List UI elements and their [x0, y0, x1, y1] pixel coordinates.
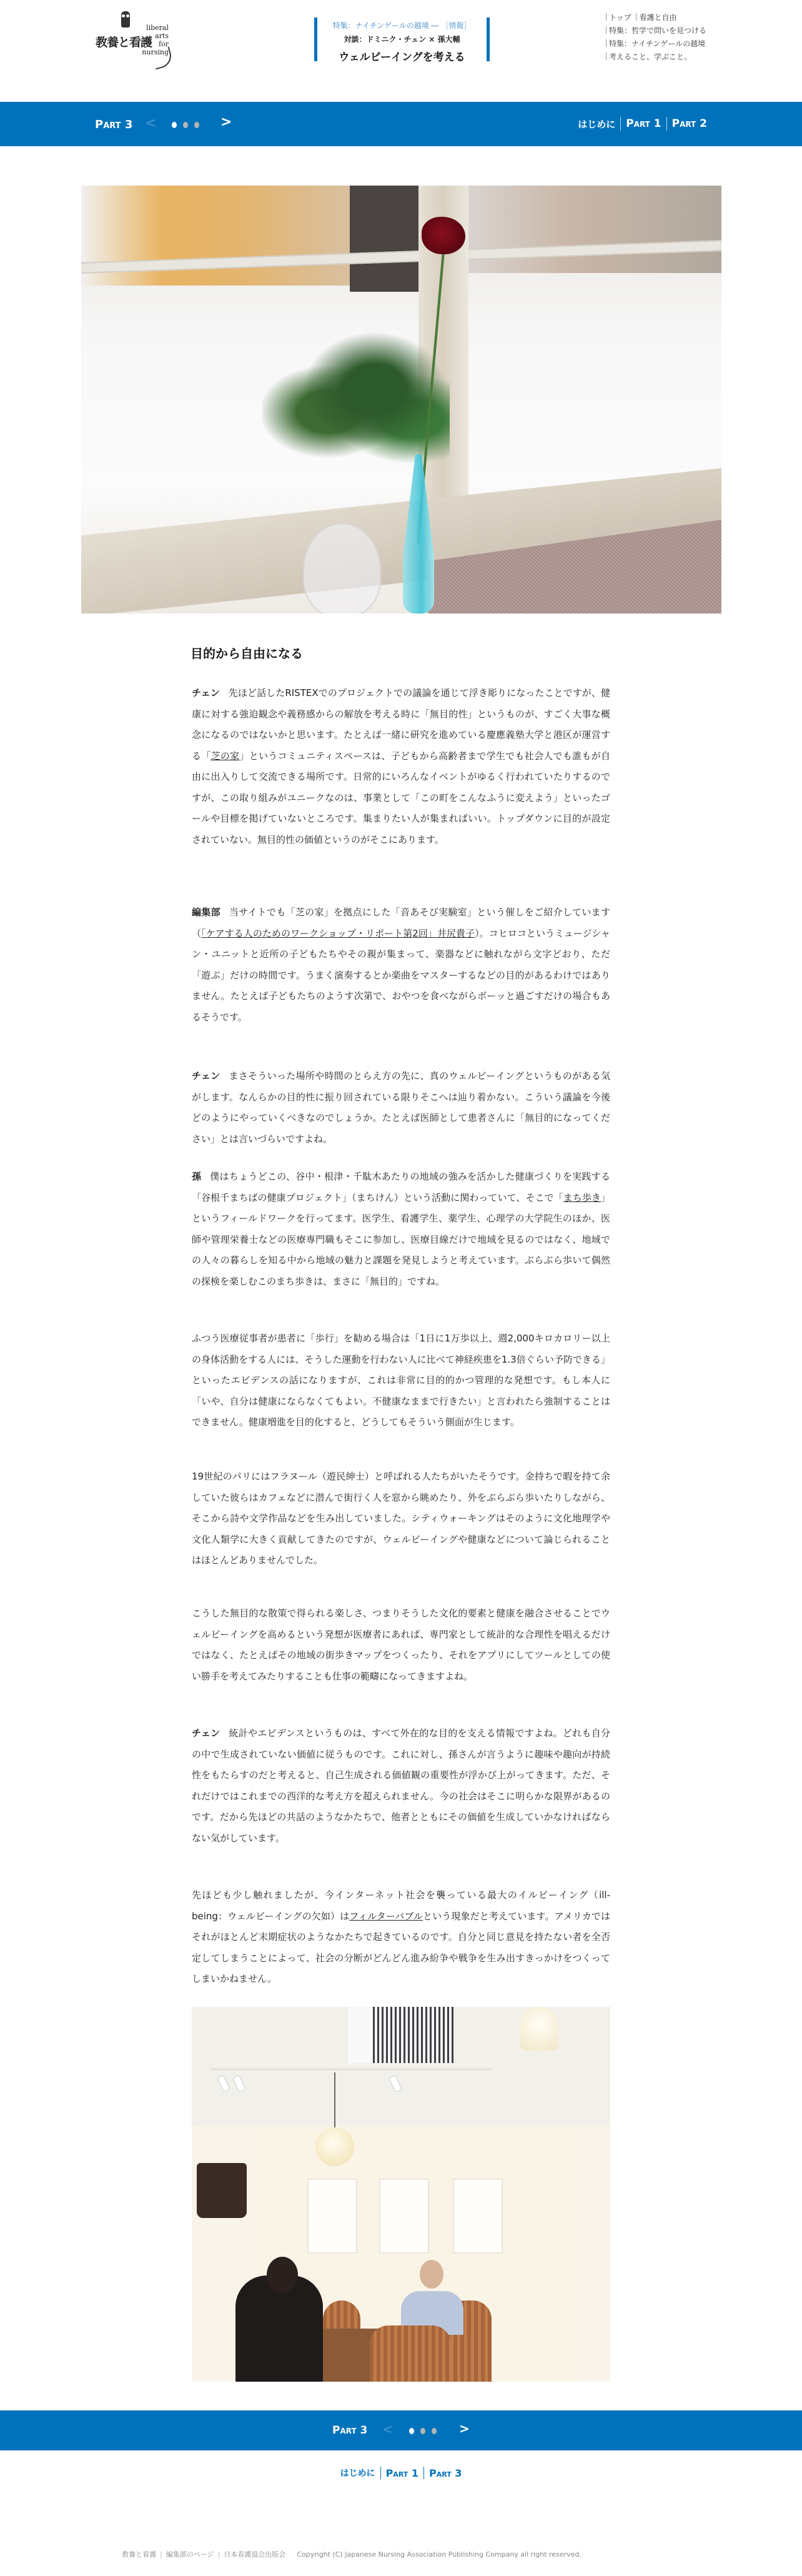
link-workshop-report[interactable]: 「ケアする人のためのワークショップ・リポート第2回」井尻貴子	[201, 928, 475, 939]
divider	[423, 2467, 424, 2479]
speaker-name: チェン	[192, 687, 220, 699]
speaker-name: 編集部	[192, 907, 220, 918]
article-paragraph: チェン統計やエビデンスというものは、すべて外在的な目的を支える情報ですよね。どれ…	[192, 1723, 610, 1849]
site-header: 教養と看護 liberal arts for nursing 特集：ナイチンゲー…	[0, 0, 802, 102]
footer-link-publisher[interactable]: 日本看護協会出版会	[224, 2550, 285, 2559]
bottom-part-navbar: Part 3 < >	[0, 2410, 802, 2450]
divider	[606, 13, 606, 21]
section-heading: 目的から自由になる	[191, 644, 303, 662]
divider: |	[160, 2550, 162, 2559]
link-machi-aruki[interactable]: まち歩き	[563, 1192, 601, 1203]
prev-arrow-icon[interactable]: <	[382, 2422, 393, 2437]
bottom-link-intro[interactable]: はじめに	[340, 2467, 375, 2479]
article-paragraph: 19世紀のパリにはフラヌール（遊民紳士）と呼ばれる人たちがいたそうです。金持ちで…	[192, 1466, 610, 1571]
page-dot-2[interactable]	[420, 2428, 425, 2434]
article-paragraph: ふつう医療従事者が患者に「歩行」を勧める場合は「1日に1万歩以上、週2,000キ…	[192, 1328, 610, 1433]
feature-title-box: 特集：ナイチンゲールの越境 ― ［情報］ 対談：ドミニク・チェン × 孫大輔 ウ…	[314, 17, 490, 61]
divider	[636, 13, 636, 21]
page-title: ウェルビーイングを考える	[317, 48, 487, 64]
nav-link-intro[interactable]: はじめに	[578, 117, 615, 131]
bottom-part-links: はじめに Part 1 Part 3	[0, 2467, 802, 2479]
page-dot-1[interactable]	[409, 2428, 414, 2434]
next-arrow-icon[interactable]: >	[220, 114, 232, 130]
link-filter-bubble[interactable]: フィルターバブル	[349, 1911, 423, 1922]
copyright-text: Copyright (C) Japanese Nursing Associati…	[297, 2550, 582, 2559]
part-links: はじめに Part 1 Part 2	[578, 117, 707, 131]
feature-kicker-link[interactable]: 特集：ナイチンゲールの越境 ― ［情報］	[317, 20, 487, 31]
owl-icon	[121, 11, 130, 27]
divider	[606, 39, 606, 47]
page-dots	[172, 122, 199, 128]
site-footer: 教養と看護|編集部のページ|日本看護協会出版会Copyright (C) Jap…	[122, 2549, 582, 2559]
page-dot-2[interactable]	[183, 122, 188, 128]
divider: |	[218, 2550, 220, 2559]
top-link-nursing-freedom[interactable]: 看護と自由	[639, 13, 676, 22]
link-shiba-no-ie[interactable]: 芝の家	[211, 750, 240, 762]
current-part-label: Part 3	[332, 2424, 367, 2437]
feature-subtitle: 対談：ドミニク・チェン × 孫大輔	[317, 34, 487, 44]
top-link-thinking-learning[interactable]: 考えること、学ぶこと。	[609, 52, 691, 61]
current-part-label: Part 3	[95, 118, 132, 131]
page-dot-3[interactable]	[194, 122, 199, 128]
bottom-link-part1[interactable]: Part 1	[386, 2467, 418, 2479]
top-link-top[interactable]: トップ	[609, 13, 631, 22]
nav-link-part2[interactable]: Part 2	[672, 117, 707, 130]
photo-dialogue-cafe	[192, 2007, 610, 2382]
page-dots	[409, 2428, 437, 2434]
speaker-name: チェン	[192, 1070, 220, 1082]
article-paragraph: 編集部当サイトでも「芝の家」を拠点にした「音あそび実験室」という催しをご紹介して…	[192, 902, 610, 1028]
article-paragraph: 先ほども少し触れましたが、今インターネット社会を襲っている最大のイルビーイング（…	[192, 1885, 610, 1990]
nav-link-part1[interactable]: Part 1	[626, 117, 661, 130]
divider	[380, 2467, 381, 2479]
article-paragraph: チェン先ほど話したRISTEXでのプロジェクトでの議論を通じて浮き彫りになったこ…	[192, 683, 610, 850]
article-paragraph: チェンまさそういった場所や時間のとらえ方の先に、真のウェルビーイングというものが…	[192, 1066, 610, 1150]
divider	[606, 52, 606, 60]
page-dot-1[interactable]	[172, 122, 177, 128]
top-links: トップ 看護と自由 特集：哲学で問いを見つける 特集：ナイチンゲールの越境 考え…	[606, 11, 706, 64]
footer-link-home[interactable]: 教養と看護	[122, 2550, 156, 2559]
divider	[606, 26, 606, 34]
quill-icon	[151, 47, 174, 70]
article-paragraph: こうした無目的な散策で得られる楽しさ、つまりそうした文化的要素と健康を融合させる…	[192, 1603, 610, 1687]
speaker-name: 孫	[192, 1171, 201, 1182]
prev-arrow-icon[interactable]: <	[145, 116, 156, 131]
part-navbar: Part 3 < > はじめに Part 1 Part 2	[0, 102, 802, 146]
speaker-name: チェン	[192, 1728, 220, 1739]
page-dot-3[interactable]	[432, 2428, 437, 2434]
divider	[620, 117, 621, 131]
bottom-link-part3[interactable]: Part 3	[429, 2467, 462, 2479]
hero-photo-rose-window	[81, 186, 721, 614]
footer-link-editorial[interactable]: 編集部のページ	[166, 2550, 214, 2559]
top-link-philosophy[interactable]: 特集：哲学で問いを見つける	[609, 26, 706, 35]
article-paragraph: 孫僕はちょうどこの、谷中・根津・千駄木あたりの地域の強みを活かした健康づくりを実…	[192, 1166, 610, 1292]
top-link-nightingale[interactable]: 特集：ナイチンゲールの越境	[609, 39, 705, 48]
next-arrow-icon[interactable]: >	[459, 2421, 470, 2436]
divider	[666, 117, 667, 131]
site-logo[interactable]: 教養と看護 liberal arts for nursing	[94, 11, 175, 69]
